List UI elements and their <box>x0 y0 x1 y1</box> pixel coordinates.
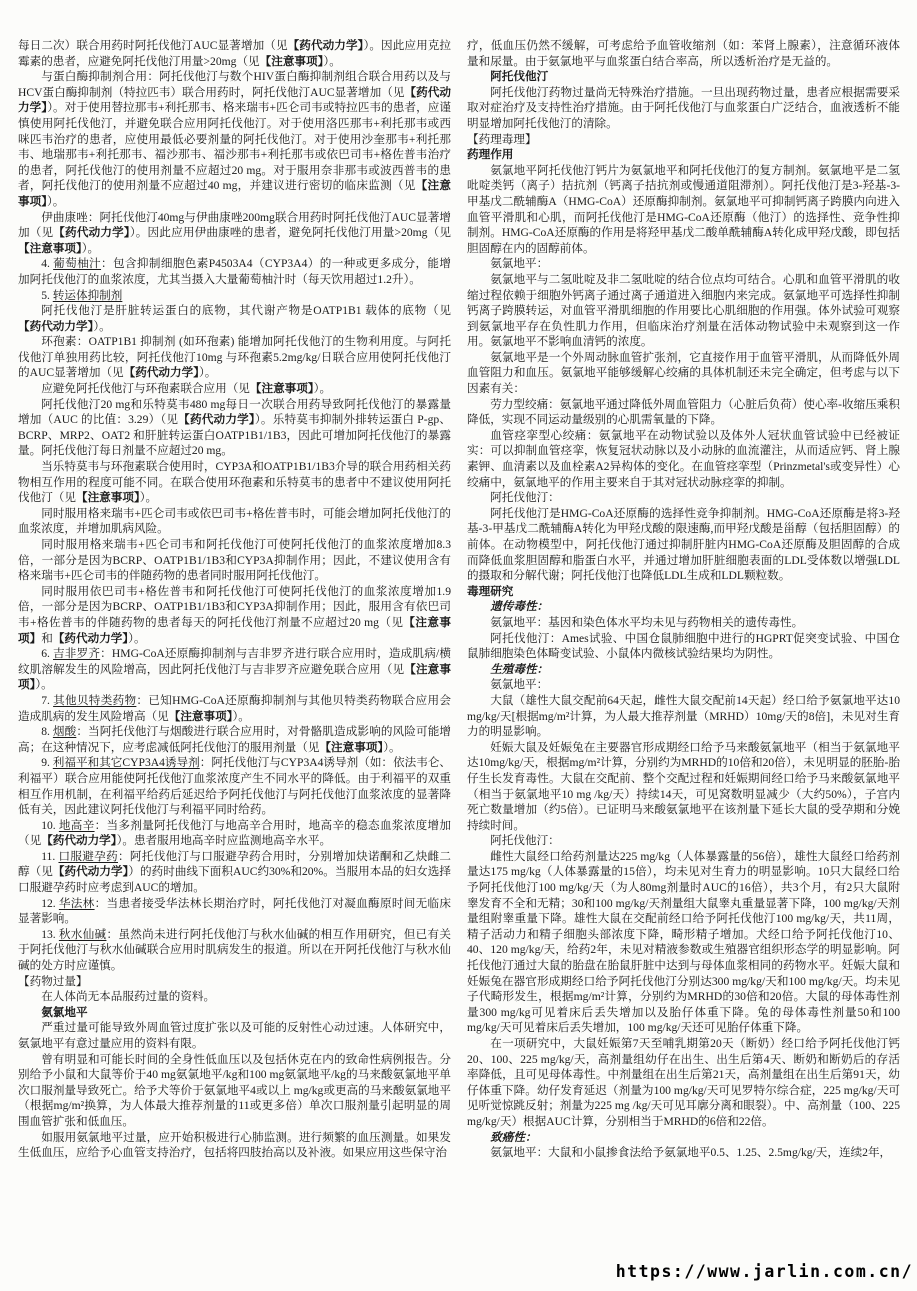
text-run: 氨氯地平： <box>490 678 548 691</box>
drug-term: 地高辛 <box>59 819 95 832</box>
drug-subheading: 氨氯地平 <box>18 1005 451 1021</box>
drug-term: 转运体抑制剂 <box>53 289 123 302</box>
text-run: 药理作用 <box>467 148 513 161</box>
text-run: ）。 <box>323 55 340 68</box>
paragraph: 10. 地高辛：当多剂量阿托伐他汀与地高辛合用时，地高辛的稳态血浆浓度增加（见【… <box>18 818 451 849</box>
section-ref: 【药代动力学】 <box>288 39 364 52</box>
paragraph: 氨氯地平与二氢吡啶及非二氢吡啶的结合位点均可结合。心肌和血管平滑肌的收缩过程依赖… <box>467 272 900 350</box>
paragraph: 环孢素：OATP1B1 抑制剂 (如环孢素) 能增加阿托伐他汀的生物利用度。与阿… <box>18 334 451 381</box>
paragraph: 劳力型绞痛：氨氯地平通过降低外周血管阻力（心脏后负荷）使心率-收缩压乘积降低，实… <box>467 397 900 428</box>
paragraph: 阿托伐他汀是HMG-CoA还原酶的选择性竞争抑制剂。HMG-CoA还原酶是将3-… <box>467 506 900 584</box>
text-run: 阿托伐他汀： <box>490 834 560 847</box>
paragraph: 6. 吉非罗齐：HMG-CoA还原酶抑制剂与吉非罗齐进行联合应用时，造成肌病/横… <box>18 646 451 693</box>
document-page: 每日二次）联合用药时阿托伐他汀AUC显著增加（见【药代动力学】）。因此应用克拉霉… <box>0 0 917 1291</box>
drug-term: 秋水仙碱 <box>59 928 107 941</box>
section-title: 【药理毒理】 <box>467 132 900 148</box>
paragraph: 13. 秋水仙碱：虽然尚未进行阿托伐他汀与秋水仙碱的相互作用研究，但已有关于阿托… <box>18 927 451 974</box>
drug-term: 葡萄柚汁 <box>53 257 101 270</box>
text-run: 严重过量可能导致外周血管过度扩张以及可能的反射性心动过速。人体研究中，氨氯地平有… <box>18 1021 451 1050</box>
text-run: 氨氯地平：基因和染色体水平均未见与药物相关的遗传毒性。 <box>490 616 803 629</box>
text-run: 氨氯地平与二氢吡啶及非二氢吡啶的结合位点均可结合。心肌和血管平滑肌的收缩过程依赖… <box>467 273 900 348</box>
paragraph: 8. 烟酸：当阿托伐他汀与烟酸进行联合应用时，对骨骼肌造成影响的风险可能增高；在… <box>18 724 451 755</box>
section-ref: 【注意事项】 <box>18 242 82 255</box>
paragraph: 12. 华法林：当患者接受华法林长期治疗时，阿托伐他汀对凝血酶原时间无临床显著影… <box>18 896 451 927</box>
paragraph: 同时服用格来瑞韦+匹仑司韦或依巴司韦+格佐普韦时，可能会增加阿托伐他汀的血浆浓度… <box>18 506 451 537</box>
text-run: 6. <box>41 647 53 660</box>
paragraph: 疗，低血压仍然不缓解，可考虑给予血管收缩剂（如：苯肾上腺素），注意循环液体量和尿… <box>467 38 900 69</box>
toxicity-subheading: 生殖毒性： <box>467 662 900 678</box>
paragraph: 7. 其他贝特类药物：已知HMG-CoA还原酶抑制剂与其他贝特类药物联合应用会造… <box>18 693 451 724</box>
text-run: 致癌性： <box>490 1131 536 1144</box>
paragraph: 伊曲康唑：阿托伐他汀40mg与伊曲康唑200mg联合用药时阿托伐他汀AUC显著增… <box>18 210 451 257</box>
paragraph: 血管痉挛型心绞痛：氨氯地平在动物试验以及体外人冠状血管试验中已经被证实：可以抑制… <box>467 428 900 490</box>
toxicity-subheading: 致癌性： <box>467 1130 900 1146</box>
text-run: 每日二次）联合用药时阿托伐他汀AUC显著增加（见 <box>18 39 288 52</box>
paragraph: 当乐特莫韦与环孢素联合使用时，CYP3A和OATP1B1/1B3介导的联合用药相… <box>18 459 451 506</box>
text-run: 在人体尚无本品服药过量的资料。 <box>41 990 215 1003</box>
text-run: 曾有明显和可能长时间的全身性低血压以及包括休克在内的致命性病例报告。分别给予小鼠… <box>18 1053 451 1128</box>
section-title: 【药物过量】 <box>18 974 451 990</box>
paragraph: 4. 葡萄柚汁：包含抑制细胞色素P4503A4（CYP3A4）的一种或更多成分，… <box>18 256 451 287</box>
text-run: 疗，低血压仍然不缓解，可考虑给予血管收缩剂（如：苯肾上腺素），注意循环液体量和尿… <box>467 39 900 68</box>
text-run: 应避免阿托伐他汀与环孢素联合应用（见 <box>41 382 250 395</box>
section-ref: 【注意事项】 <box>76 491 140 504</box>
paragraph: 妊娠大鼠及妊娠兔在主要器官形成期经口给予马来酸氨氯地平（相当于氨氯地平达10mg… <box>467 740 900 834</box>
text-run: 【药理毒理】 <box>467 133 537 146</box>
text-run: 毒理研究 <box>467 585 513 598</box>
paragraph: 与蛋白酶抑制剂合用：阿托伐他汀与数个HIV蛋白酶抑制剂组合联合用药以及与HCV蛋… <box>18 69 451 209</box>
text-run: 13. <box>41 928 59 941</box>
text-run: ）。对于使用替拉那韦+利托那韦、格来瑞韦+匹仑司韦或特拉匹韦的患者，应谨慎使用阿… <box>18 101 451 192</box>
section-ref: 【注意事项】 <box>319 741 383 754</box>
text-run: ）。 <box>47 195 64 208</box>
section-ref: 【药代动力学】 <box>124 366 199 379</box>
text-run: 遗传毒性： <box>490 600 548 613</box>
text-run: 如服用氨氯地平过量，应开始积极进行心肺监测。进行频繁的血压测量。如果发生低血压，… <box>18 1131 451 1160</box>
text-run: ）。 <box>314 382 331 395</box>
text-run: ）。因此应用伊曲康唑的患者，避免阿托伐他汀用量>20mg（见 <box>130 226 451 239</box>
text-run: 11. <box>41 850 58 863</box>
drug-term: 口服避孕药 <box>58 850 118 863</box>
text-run: 阿托伐他汀是肝脏转运蛋白的底物，其代谢产物是OATP1B1 载体的底物（见 <box>41 304 451 317</box>
text-run: 12. <box>41 897 59 910</box>
section-ref: 【药代动力学】 <box>41 834 116 847</box>
text-run: 10. <box>41 819 59 832</box>
paragraph: 氨氯地平： <box>467 677 900 693</box>
text-run: ）。 <box>82 242 99 255</box>
paragraph: 11. 口服避孕药：阿托伐他汀与口服避孕药合用时，分别增加炔诺酮和乙炔雌二醇（见… <box>18 849 451 896</box>
paragraph: 阿托伐他汀： <box>467 833 900 849</box>
section-ref: 【注意事项】 <box>260 55 324 68</box>
section-ref: 【药代动力学】 <box>178 413 255 426</box>
text-run: ）。 <box>128 632 145 645</box>
text-run: 阿托伐他汀： <box>490 491 560 504</box>
text-run: 氨氯地平 <box>41 1006 87 1019</box>
text-run: 同时服用依巴司韦+格佐普韦和阿托伐他汀可使阿托伐他汀的血浆浓度增加1.9倍，一部… <box>18 585 451 629</box>
paragraph: 在一项研究中，大鼠妊娠第7天至哺乳期第20天（断奶）经口给予阿托伐他汀钙20、1… <box>467 1036 900 1130</box>
column-right: 疗，低血压仍然不缓解，可考虑给予血管收缩剂（如：苯肾上腺素），注意循环液体量和尿… <box>467 38 900 1161</box>
paragraph: 氨氯地平是一个外周动脉血管扩张剂，它直接作用于血管平滑肌，从而降低外周血管阻力和… <box>467 350 900 397</box>
drug-term: 华法林 <box>59 897 95 910</box>
subsection-title: 毒理研究 <box>467 584 900 600</box>
paragraph: 阿托伐他汀20 mg和乐特莫韦480 mg每日一次联合用药导致阿托伐他汀的暴露量… <box>18 397 451 459</box>
text-run: 阿托伐他汀：Ames试验、中国仓鼠肺细胞中进行的HGPRT促突变试验、中国仓鼠肺… <box>467 632 900 661</box>
text-run: 氨氯地平： <box>490 257 548 270</box>
text-run: 氨氯地平阿托伐他汀钙片为氨氯地平和阿托伐他汀的复方制剂。氨氯地平是二氢吡啶类钙（… <box>467 164 900 255</box>
paragraph: 氨氯地平：基因和染色体水平均未见与药物相关的遗传毒性。 <box>467 615 900 631</box>
text-run: 同时服用格来瑞韦+匹仑司韦和阿托伐他汀可使阿托伐他汀的血浆浓度增加8.3倍，一部… <box>18 538 451 582</box>
section-ref: 【注意事项】 <box>250 382 314 395</box>
text-run: 同时服用格来瑞韦+匹仑司韦或依巴司韦+格佐普韦时，可能会增加阿托伐他汀的血浆浓度… <box>18 507 451 536</box>
text-run: 4. <box>41 257 53 270</box>
text-run: 与蛋白酶抑制剂合用：阿托伐他汀与数个HIV蛋白酶抑制剂组合联合用药以及与HCV蛋… <box>18 70 451 99</box>
text-run: 生殖毒性： <box>490 663 548 676</box>
paragraph: 氨氯地平： <box>467 256 900 272</box>
text-run: 血管痉挛型心绞痛：氨氯地平在动物试验以及体外人冠状血管试验中已经被证实：可以抑制… <box>467 429 900 489</box>
text-run: 和 <box>41 632 53 645</box>
section-ref: 【药代动力学】 <box>18 320 93 333</box>
text-run: ）。患者服用地高辛时应监测地高辛水平。 <box>117 834 331 847</box>
text-run: 9. <box>41 756 53 769</box>
section-ref: 【注意事项】 <box>169 710 233 723</box>
paragraph: 大鼠（雄性大鼠交配前64天起，雌性大鼠交配前14天起）经口给予氨氯地平达10 m… <box>467 693 900 740</box>
paragraph: 每日二次）联合用药时阿托伐他汀AUC显著增加（见【药代动力学】）。因此应用克拉霉… <box>18 38 451 69</box>
text-run: 氨氯地平是一个外周动脉血管扩张剂，它直接作用于血管平滑肌，从而降低外周血管阻力和… <box>467 351 900 395</box>
text-run: ）。 <box>233 710 250 723</box>
text-run: ）。 <box>199 366 216 379</box>
paragraph: 严重过量可能导致外周血管过度扩张以及可能的反射性心动过速。人体研究中，氨氯地平有… <box>18 1020 451 1051</box>
paragraph: 如服用氨氯地平过量，应开始积极进行心肺监测。进行频繁的血压测量。如果发生低血压，… <box>18 1130 451 1161</box>
paragraph: 在人体尚无本品服药过量的资料。 <box>18 989 451 1005</box>
paragraph: 雌性大鼠经口给药剂量达225 mg/kg（人体暴露量的56倍），雄性大鼠经口给药… <box>467 849 900 1036</box>
text-run: ）。 <box>35 678 52 691</box>
watermark-url: https://www.jarlin.com.cn/ <box>616 1262 913 1281</box>
paragraph: 氨氯地平：大鼠和小鼠掺食法给予氨氯地平0.5、1.25、2.5mg/kg/天，连… <box>467 1145 900 1161</box>
column-left: 每日二次）联合用药时阿托伐他汀AUC显著增加（见【药代动力学】）。因此应用克拉霉… <box>18 38 451 1161</box>
paragraph: 同时服用格来瑞韦+匹仑司韦和阿托伐他汀可使阿托伐他汀的血浆浓度增加8.3倍，一部… <box>18 537 451 584</box>
drug-term: 烟酸 <box>53 725 76 738</box>
text-run: 妊娠大鼠及妊娠兔在主要器官形成期经口给予马来酸氨氯地平（相当于氨氯地平达10mg… <box>467 741 900 832</box>
text-run: 5. <box>41 289 53 302</box>
section-ref: 【药代动力学】 <box>53 865 129 878</box>
text-run: 氨氯地平：大鼠和小鼠掺食法给予氨氯地平0.5、1.25、2.5mg/kg/天，连… <box>490 1146 891 1159</box>
text-run: 在一项研究中，大鼠妊娠第7天至哺乳期第20天（断奶）经口给予阿托伐他汀钙20、1… <box>467 1037 900 1128</box>
drug-subheading: 阿托伐他汀 <box>467 69 900 85</box>
text-run: 雌性大鼠经口给药剂量达225 mg/kg（人体暴露量的56倍），雄性大鼠经口给药… <box>467 850 900 1035</box>
drug-term: 利福平和其它CYP3A4诱导剂 <box>53 756 200 769</box>
text-run: 大鼠（雄性大鼠交配前64天起，雌性大鼠交配前14天起）经口给予氨氯地平达10 m… <box>467 694 900 738</box>
text-run: 7. <box>41 694 53 707</box>
section-ref: 【药代动力学】 <box>53 226 130 239</box>
paragraph: 氨氯地平阿托伐他汀钙片为氨氯地平和阿托伐他汀的复方制剂。氨氯地平是二氢吡啶类钙（… <box>467 163 900 257</box>
text-run: 阿托伐他汀药物过量尚无特殊治疗措施。一旦出现药物过量，患者应根据需要采取对症治疗… <box>467 86 900 130</box>
paragraph: 阿托伐他汀：Ames试验、中国仓鼠肺细胞中进行的HGPRT促突变试验、中国仓鼠肺… <box>467 631 900 662</box>
text-run: 阿托伐他汀是HMG-CoA还原酶的选择性竞争抑制剂。HMG-CoA还原酶是将3-… <box>467 507 900 582</box>
paragraph: 曾有明显和可能长时间的全身性低血压以及包括休克在内的致命性病例报告。分别给予小鼠… <box>18 1052 451 1130</box>
text-run: 劳力型绞痛：氨氯地平通过降低外周血管阻力（心脏后负荷）使心率-收缩压乘积降低，实… <box>467 398 900 427</box>
section-ref: 【药代动力学】 <box>53 632 128 645</box>
paragraph: 阿托伐他汀药物过量尚无特殊治疗措施。一旦出现药物过量，患者应根据需要采取对症治疗… <box>467 85 900 132</box>
paragraph: 同时服用依巴司韦+格佐普韦和阿托伐他汀可使阿托伐他汀的血浆浓度增加1.9倍，一部… <box>18 584 451 646</box>
text-run: ）。 <box>93 320 110 333</box>
text-run: 8. <box>41 725 53 738</box>
paragraph: 阿托伐他汀： <box>467 490 900 506</box>
drug-term: 其他贝特类药物 <box>53 694 136 707</box>
text-run: 【药物过量】 <box>18 975 88 988</box>
toxicity-subheading: 遗传毒性： <box>467 599 900 615</box>
paragraph: 应避免阿托伐他汀与环孢素联合应用（见【注意事项】）。 <box>18 381 451 397</box>
paragraph: 阿托伐他汀是肝脏转运蛋白的底物，其代谢产物是OATP1B1 载体的底物（见【药代… <box>18 303 451 334</box>
paragraph: 5. 转运体抑制剂 <box>18 288 451 304</box>
drug-term: 吉非罗齐 <box>53 647 100 660</box>
text-run: 环孢素：OATP1B1 抑制剂 (如环孢素) 能增加阿托伐他汀的生物利用度。与阿… <box>18 335 451 379</box>
text-run: 阿托伐他汀 <box>490 70 548 83</box>
text-run: ）。 <box>383 741 400 754</box>
paragraph: 9. 利福平和其它CYP3A4诱导剂：阿托伐他汀与CYP3A4诱导剂（如：依法韦… <box>18 755 451 817</box>
subsection-title: 药理作用 <box>467 147 900 163</box>
text-run: ）。 <box>140 491 157 504</box>
